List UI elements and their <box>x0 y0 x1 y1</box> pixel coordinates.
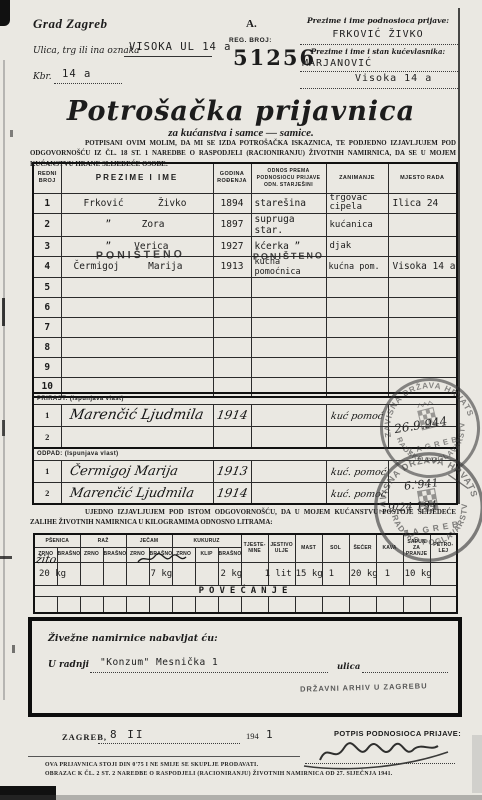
row-number: 8 <box>33 337 61 357</box>
shop-value: "Konzum" Mesnička 1 <box>100 657 218 668</box>
value-kukuruz-brasno: 2 kg <box>218 562 241 585</box>
scan-artifact <box>472 735 482 793</box>
scan-artifact <box>2 420 5 436</box>
landlord-value: MARJANOVIĆ <box>302 58 372 69</box>
scan-artifact-left-line <box>3 60 5 700</box>
reg-broj-label: REG. BROJ: <box>229 37 272 44</box>
col-sol: SOL <box>322 534 349 562</box>
supplies-empty-row <box>34 596 457 613</box>
povecanje-label: POVEĆANJE <box>34 585 457 596</box>
year-cell: 1927 <box>213 236 251 256</box>
typed-value: 10 kg <box>405 569 432 579</box>
place-label: ZAGREB, <box>62 732 107 742</box>
landlord-address: Visoka 14 a <box>355 73 432 84</box>
form-title: Potrošačka prijavnica <box>0 96 482 127</box>
city-heading: Grad Zagreb <box>33 16 107 32</box>
purchase-line1: Živežne namirnice nabavljat ću: <box>48 633 218 644</box>
given-name: Živko <box>158 198 187 209</box>
typed-value: 1 <box>329 569 334 579</box>
row-number: 9 <box>33 357 61 377</box>
applicant-underline <box>300 43 458 45</box>
given-name: Zora <box>142 219 165 230</box>
row-number: 1 <box>33 193 61 213</box>
archive-stamp: DRŽAVNI ARHIV U ZAGREBU <box>300 681 428 693</box>
col-tjestenine: TJESTE-NINE <box>241 534 268 562</box>
year-cell: 1897 <box>213 213 251 236</box>
ulica-label: ulica <box>337 662 360 672</box>
col-jestivo-ulje: JESTIVO ULJE <box>268 534 295 562</box>
landlord-underline <box>300 70 458 72</box>
kbr-label: Kbr. <box>33 72 52 82</box>
col-header-prezime-ime: PREZIME I IME <box>61 163 213 193</box>
row-number: 6 <box>33 297 61 317</box>
row-number: 7 <box>33 317 61 337</box>
section-letter: A. <box>246 18 257 30</box>
form-subtitle: za kućanstva i samce — samice. <box>0 127 482 139</box>
group-psenica: PŠENICA <box>34 534 80 547</box>
value-mast: 15 kg <box>295 562 322 585</box>
table-row-empty: 7 <box>33 317 457 337</box>
occupation-cell: djak <box>326 236 388 256</box>
sub-brasno: BRAŠNO <box>57 547 80 562</box>
scan-artifact-bottom-edge <box>0 795 482 800</box>
table-row: 1 Frković Živko 1894 starešina trgovac c… <box>33 193 457 213</box>
typed-value: 1 lit <box>265 569 292 579</box>
year-printed: 194 <box>246 731 259 741</box>
row-number: 2 <box>33 426 61 448</box>
u-radnji-label: U radnji <box>48 660 89 670</box>
signature-underline <box>305 762 455 764</box>
footer-divider <box>28 756 300 757</box>
footer-note-1: OVA PRIJAVNICA STOJI DIN 0'75 I NE SMIJE… <box>45 762 258 768</box>
row-number: 2 <box>33 482 61 504</box>
workplace-cell: Ilica 24 <box>388 193 457 213</box>
date-typed: 8 II <box>110 728 145 741</box>
ponisteno-stamp: PONIŠTENO <box>96 248 185 262</box>
given-name: Marija <box>148 261 182 272</box>
group-kukuruz: KUKURUZ <box>172 534 241 547</box>
surname: Frković <box>84 198 124 209</box>
typed-value: 7 kg <box>151 569 173 579</box>
ulica-underline <box>362 671 448 673</box>
table-row-empty: 6 <box>33 297 457 317</box>
handwritten-name: Čermigoj Marija <box>60 464 179 479</box>
occupation-cell: trgovac cipela <box>326 193 388 213</box>
occupation-cell: kućna pom. <box>326 256 388 277</box>
kbr-underline <box>54 82 122 84</box>
col-header-odnos: ODNOS PREMA PODNOSIOCU PRIJAVE ODN. STAR… <box>251 163 326 193</box>
col-header-redni-broj: REDNI BROJ <box>33 163 61 193</box>
handwritten-year: 1914 <box>215 408 248 422</box>
workplace-cell <box>388 236 457 256</box>
workplace-cell <box>388 213 457 236</box>
col-header-zanimanje: ZANIMANJE <box>326 163 388 193</box>
typed-value: 20 kg <box>351 569 378 579</box>
landlord-address-underline <box>300 87 458 89</box>
col-header-godina: GODINA ROĐENJA <box>213 163 251 193</box>
sub-brasno: BRAŠNO <box>218 547 241 562</box>
ponisteno-stamp: PONIŠTENO <box>253 250 324 261</box>
handwritten-name: Marenčić Ljudmila <box>60 407 204 423</box>
group-jecam: JEČAM <box>126 534 172 547</box>
name-cell: ” Zora <box>61 213 213 236</box>
workplace-cell: Visoka 14 a <box>388 256 457 277</box>
value-secer: 20 kg <box>349 562 376 585</box>
street-underline <box>124 55 212 57</box>
handwritten-year: 1914 <box>215 486 248 500</box>
col-secer: ŠEĆER <box>349 534 376 562</box>
footer-note-2: OBRAZAC K ČL. 2 ST. 2 NAREDBE O RASPODJE… <box>45 771 393 777</box>
handwritten-signature <box>298 736 458 772</box>
landlord-label: Prezime i ime i stan kućevlasnika: <box>298 47 458 56</box>
value-petrolej <box>430 562 457 585</box>
kbr-value: 14 a <box>62 68 91 80</box>
household-table: REDNI BROJ PREZIME I IME GODINA ROĐENJA … <box>32 162 458 398</box>
table-row-empty: 9 <box>33 357 457 377</box>
surname-ditto: ” <box>106 219 112 230</box>
table-row-empty: 5 <box>33 277 457 297</box>
handwritten-year: 1913 <box>215 464 248 478</box>
group-raz: RAŽ <box>80 534 126 547</box>
date-underline <box>98 742 240 744</box>
scan-artifact-right-line <box>458 8 460 504</box>
handwritten-name: Marenčić Ljudmila <box>60 486 195 501</box>
col-header-mjesto-rada: MJESTO RADA <box>388 163 457 193</box>
typed-value: 15 kg <box>296 569 323 579</box>
purchase-box: Živežne namirnice nabavljat ću: U radnji… <box>28 617 462 717</box>
scan-artifact <box>10 130 13 137</box>
value-jestivo-ulje: 1 lit <box>268 562 295 585</box>
relation-cell: starešina <box>251 193 326 213</box>
occupation-cell: kućanica <box>326 213 388 236</box>
value-jecam-brasno: 7 kg <box>149 562 172 585</box>
typed-value: 2 kg <box>221 569 243 579</box>
row-number: 1 <box>33 404 61 426</box>
table-row: 2 ” Zora 1897 supruga star. kućanica <box>33 213 457 236</box>
street-value: VISOKA UL 14 a <box>129 41 232 53</box>
applicant-value: FRKOVIĆ ŽIVKO <box>298 29 458 40</box>
scan-artifact <box>0 556 12 559</box>
row-number: 4 <box>33 256 61 277</box>
col-mast: MAST <box>295 534 322 562</box>
shop-underline <box>90 671 328 673</box>
scan-artifact <box>2 298 5 326</box>
sub-brasno: BRAŠNO <box>103 547 126 562</box>
table-row-empty: 8 <box>33 337 457 357</box>
sub-klip: KLIP <box>195 547 218 562</box>
scanned-form-page: Grad Zagreb Ulica, trg ili ina oznaka VI… <box>0 0 482 800</box>
value-sol: 1 <box>322 562 349 585</box>
sub-zrno: ZRNO <box>80 547 103 562</box>
value-psenica-zrno: žito 20 kg <box>34 562 57 585</box>
name-cell: Frković Živko <box>61 193 213 213</box>
applicant-label: Prezime i ime podnosioca prijave: <box>298 16 458 25</box>
row-number: 5 <box>33 277 61 297</box>
handwritten-zito: žito <box>35 553 58 566</box>
scan-artifact-corner <box>0 0 10 26</box>
row-number: 1 <box>33 460 61 482</box>
relation-cell: supruga star. <box>251 213 326 236</box>
surname: Čermigoj <box>74 261 120 272</box>
scan-artifact <box>12 645 15 653</box>
year-cell: 1894 <box>213 193 251 213</box>
year-cell: 1913 <box>213 256 251 277</box>
row-number: 2 <box>33 213 61 236</box>
row-number: 3 <box>33 236 61 256</box>
year-typed: 1 <box>266 728 273 741</box>
